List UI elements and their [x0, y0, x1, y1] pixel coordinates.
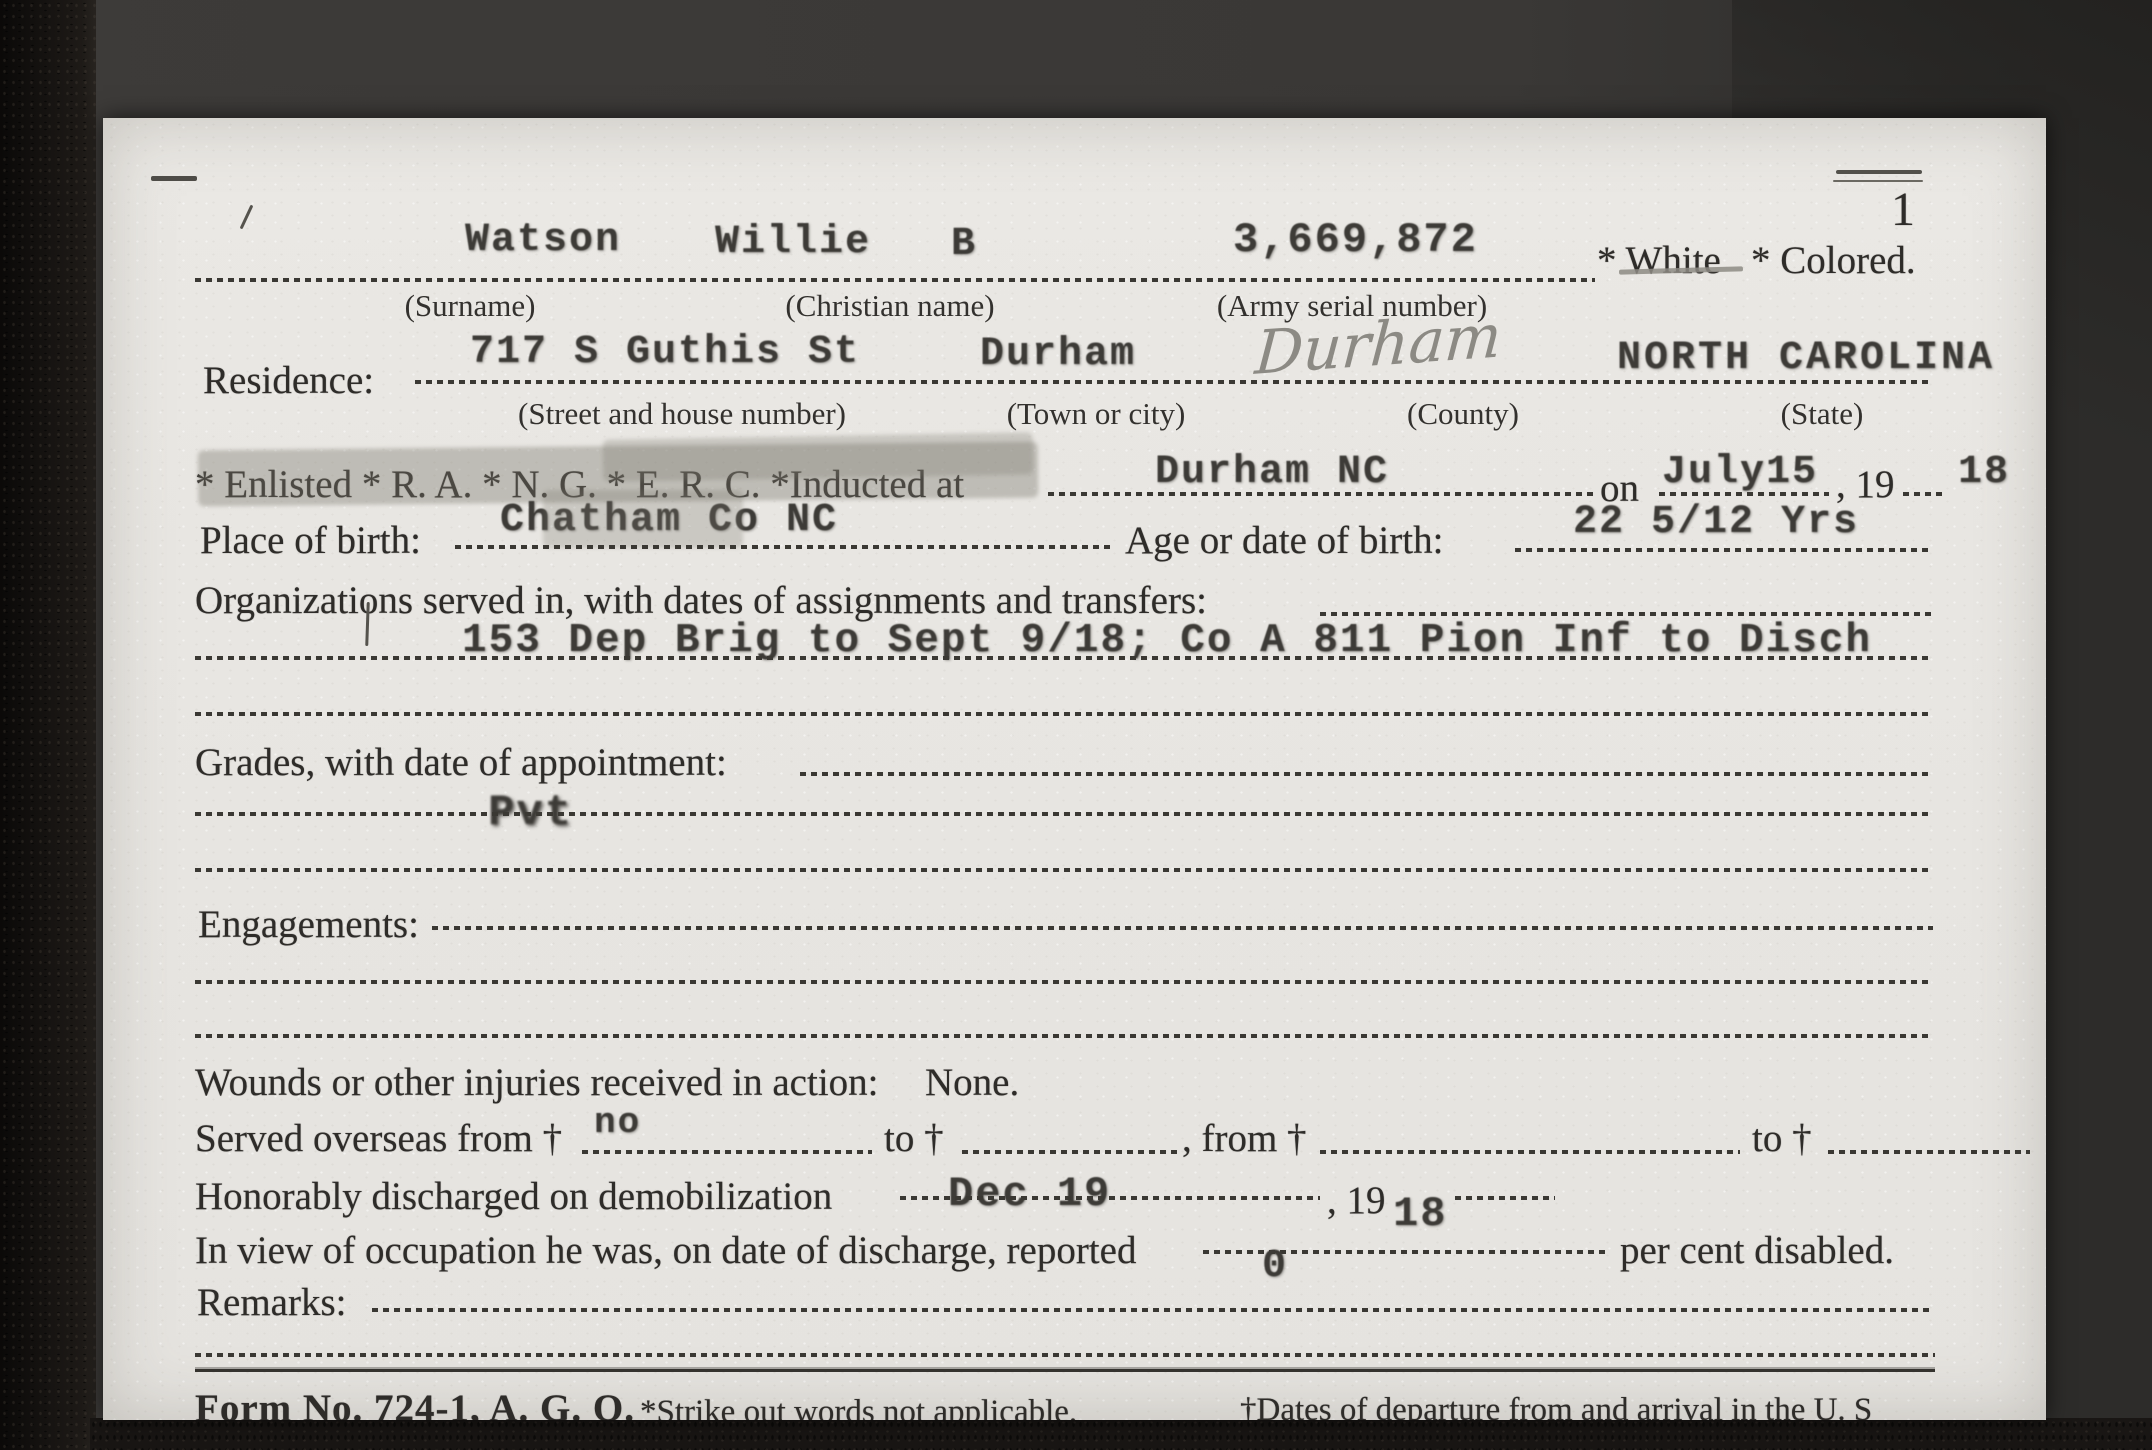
grades-label: Grades, with date of appointment:: [195, 740, 727, 785]
stray-pen-tick: [365, 602, 370, 646]
christian-name-caption: (Christian name): [740, 288, 1040, 324]
induction-date-rule: [1659, 492, 1829, 496]
residence-label: Residence:: [203, 358, 374, 403]
smudge-over-birthplace: [543, 490, 743, 548]
white-option-label: * White: [1597, 238, 1721, 283]
remarks-label: Remarks:: [197, 1280, 346, 1325]
overseas-to2-rule: [1828, 1150, 2030, 1154]
inducted-place-rule: [1048, 492, 1593, 496]
scan-left-binding: [0, 0, 96, 1450]
town-caption: (Town or city): [951, 396, 1241, 432]
service-record-card: 1 Watson Willie B 3,669,872 * White * Co…: [103, 118, 2046, 1420]
colored-option-label: * Colored.: [1751, 238, 1916, 283]
overseas-to2-label: to †: [1752, 1116, 1812, 1161]
pen-mark: [1836, 170, 1922, 174]
strike-note: *Strike out words not applicable.: [640, 1394, 1077, 1420]
wounds-label: Wounds or other injuries received in act…: [195, 1060, 879, 1105]
pencil-smear-over-enlisted: [603, 432, 1034, 481]
overseas-from2-rule: [1320, 1150, 1740, 1154]
discharge-date-rule: [900, 1196, 1320, 1200]
discharge-date-value: Dec 19: [948, 1170, 1111, 1218]
age-rule: [1515, 548, 1933, 552]
age-label: Age or date of birth:: [1125, 518, 1443, 563]
induction-year-value: 18: [1958, 450, 2010, 495]
footer-solid-rule: [195, 1369, 1935, 1372]
scanned-service-card-page: 1 Watson Willie B 3,669,872 * White * Co…: [0, 0, 2152, 1450]
discharge-year-value: 18: [1393, 1190, 1447, 1238]
form-number: Form No. 724-1, A. G. O.: [195, 1386, 635, 1420]
page-number: 1: [1891, 182, 1915, 237]
christian-name-value: Willie: [715, 220, 871, 265]
street-caption: (Street and house number): [512, 396, 852, 432]
surname-value: Watson: [465, 218, 621, 263]
organizations-label: Organizations served in, with dates of a…: [195, 578, 1207, 623]
blank-rule: [195, 980, 1933, 984]
disability-suffix: per cent disabled.: [1620, 1228, 1894, 1273]
discharge-label: Honorably discharged on demobilization: [195, 1174, 832, 1219]
state-value: NORTH CAROLINA: [1617, 336, 1995, 381]
overseas-to-rule: [962, 1150, 1178, 1154]
discharge-year-rule: [1455, 1196, 1555, 1200]
induction-year-rule: [1903, 492, 1947, 496]
blank-rule: [195, 1034, 1933, 1038]
name-rule: [195, 278, 1595, 282]
organizations-value-rule: [195, 656, 1933, 660]
grade-value-rule: [195, 812, 1933, 816]
pen-mark: [151, 176, 197, 181]
surname-caption: (Surname): [360, 288, 580, 324]
dagger-note: †Dates of departure from and arrival in …: [1240, 1392, 1872, 1420]
residence-rule: [415, 380, 1930, 384]
scan-bottom-edge: [90, 1418, 2152, 1450]
inducted-place-value: Durham NC: [1155, 450, 1389, 495]
blank-rule: [195, 712, 1933, 716]
overseas-to-label: to †: [884, 1116, 944, 1161]
overseas-from-value: no: [594, 1102, 641, 1143]
pen-tick: [240, 205, 254, 230]
engagements-rule: [432, 926, 1933, 930]
birthplace-rule: [455, 545, 1110, 549]
state-caption: (State): [1702, 396, 1942, 432]
wounds-value: None.: [925, 1060, 1019, 1105]
birthplace-label: Place of birth:: [200, 518, 421, 563]
overseas-from2-label: , from †: [1182, 1116, 1307, 1161]
disability-label: In view of occupation he was, on date of…: [195, 1228, 1136, 1273]
disability-value: 0: [1262, 1244, 1288, 1289]
overseas-from-rule: [582, 1150, 872, 1154]
induction-date-value: July15: [1662, 450, 1818, 495]
blank-rule: [195, 868, 1933, 872]
overseas-label: Served overseas from †: [195, 1116, 562, 1161]
serial-number-value: 3,669,872: [1233, 216, 1478, 264]
organizations-rule: [1320, 612, 1933, 616]
town-value: Durham: [980, 332, 1136, 377]
engagements-label: Engagements:: [198, 902, 419, 947]
grades-rule: [800, 772, 1933, 776]
middle-initial-value: B: [951, 222, 977, 267]
remarks-rule: [372, 1308, 1933, 1312]
age-value: 22 5/12 Yrs: [1573, 500, 1859, 545]
footer-dotted-rule: [195, 1353, 1935, 1357]
street-value: 717 S Guthis St: [470, 330, 860, 375]
discharge-year-prefix: , 19: [1327, 1178, 1386, 1223]
county-caption: (County): [1343, 396, 1583, 432]
